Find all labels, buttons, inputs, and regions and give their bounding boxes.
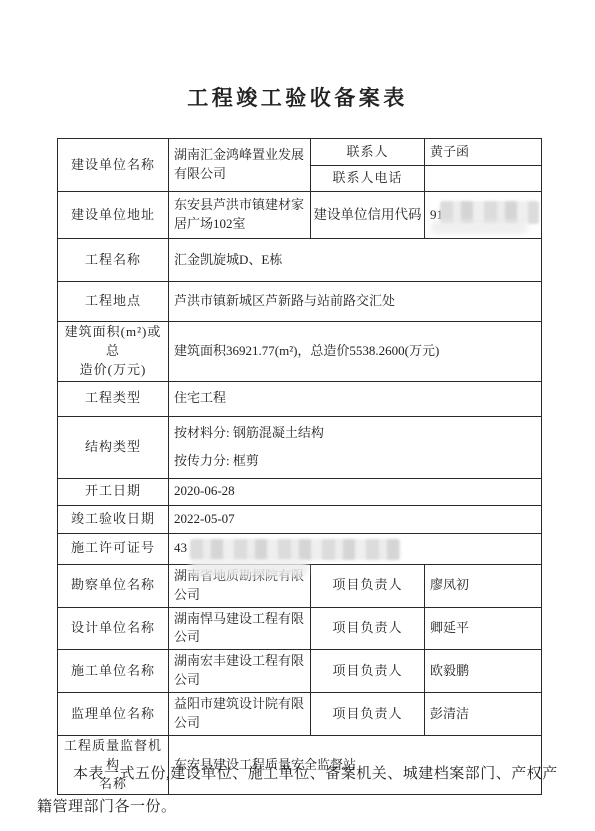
table-row-completion-date: 竣工验收日期 2022-05-07 (58, 505, 542, 533)
value-structure-type: 按材料分: 钢筋混凝土结构 按传力分: 框剪 (169, 416, 542, 478)
table-row-contractor-unit: 施工单位名称 湖南宏丰建设工程有限公司 项目负责人 欧毅鹏 (58, 650, 542, 693)
redaction-blur-tail (431, 221, 528, 234)
label-project-type: 工程类型 (58, 381, 169, 416)
value-supervision-unit: 益阳市建筑设计院有限公司 (169, 693, 311, 736)
table-row-design-unit: 设计单位名称 湖南悍马建设工程有限公司 项目负责人 卿延平 (58, 607, 542, 650)
table-row-start-date: 开工日期 2020-06-28 (58, 478, 542, 505)
value-completion-date: 2022-05-07 (169, 505, 542, 533)
label-area-cost-line1: 建筑面积(m²)或总 (60, 323, 166, 361)
label-survey-manager: 项目负责人 (311, 564, 425, 607)
label-supervision-manager: 项目负责人 (311, 693, 425, 736)
value-supervision-manager: 彭清洁 (425, 693, 542, 736)
value-project-name: 汇金凯旋城D、E栋 (169, 239, 542, 282)
structure-by-material: 按材料分: 钢筋混凝土结构 (174, 424, 536, 443)
table-row-project-type: 工程类型 住宅工程 (58, 381, 542, 416)
label-permit-no: 施工许可证号 (58, 533, 169, 564)
value-area-cost: 建筑面积36921.77(m²)，总造价5538.2600(万元) (169, 322, 542, 382)
value-construction-unit-address: 东安县芦洪市镇建材家居广场102室 (169, 192, 311, 239)
label-contractor-manager: 项目负责人 (311, 650, 425, 693)
label-contractor-unit: 施工单位名称 (58, 650, 169, 693)
label-survey-unit: 勘察单位名称 (58, 564, 169, 607)
label-construction-unit-address: 建设单位地址 (58, 192, 169, 239)
label-construction-unit-name: 建设单位名称 (58, 139, 169, 192)
value-project-location: 芦洪市镇新城区芦新路与站前路交汇处 (169, 282, 542, 322)
label-area-cost: 建筑面积(m²)或总 造价(万元) (58, 322, 169, 382)
label-contact-person: 联系人 (311, 139, 425, 166)
table-row-project-name: 工程名称 汇金凯旋城D、E栋 (58, 239, 542, 282)
value-contact-phone (425, 166, 542, 192)
label-project-location: 工程地点 (58, 282, 169, 322)
label-completion-date: 竣工验收日期 (58, 505, 169, 533)
footer-note: 本表一式五份,建设单位、施工单位、备案机关、城建档案部门、产权产籍管理部门各一份… (37, 758, 567, 824)
page-title: 工程竣工验收备案表 (0, 82, 595, 112)
table-row-permit-no: 施工许可证号 43 (58, 533, 542, 564)
value-permit-no: 43 (169, 533, 542, 564)
label-contact-phone: 联系人电话 (311, 166, 425, 192)
table-row-construction-unit: 建设单位名称 湖南汇金鸿峰置业发展有限公司 联系人 黄子函 (58, 139, 542, 166)
label-start-date: 开工日期 (58, 478, 169, 505)
table-row-structure-type: 结构类型 按材料分: 钢筋混凝土结构 按传力分: 框剪 (58, 416, 542, 478)
value-construction-unit-name: 湖南汇金鸿峰置业发展有限公司 (169, 139, 311, 192)
value-contractor-unit: 湖南宏丰建设工程有限公司 (169, 650, 311, 693)
label-design-manager: 项目负责人 (311, 607, 425, 650)
value-contact-person: 黄子函 (425, 139, 542, 166)
redaction-blur-tail (190, 560, 308, 577)
document-page: 工程竣工验收备案表 建设单位名称 湖南汇金鸿峰置业发展有限公司 联系人 黄子函 … (0, 0, 595, 831)
table-row-address: 建设单位地址 东安县芦洪市镇建材家居广场102室 建设单位信用代码 91 (58, 192, 542, 239)
filing-form-table: 建设单位名称 湖南汇金鸿峰置业发展有限公司 联系人 黄子函 联系人电话 建设单位… (57, 138, 542, 795)
redaction-blur (190, 539, 401, 560)
value-survey-manager: 廖凤初 (425, 564, 542, 607)
value-credit-code: 91 (425, 192, 542, 239)
label-design-unit: 设计单位名称 (58, 607, 169, 650)
table-row-area-cost: 建筑面积(m²)或总 造价(万元) 建筑面积36921.77(m²)，总造价55… (58, 322, 542, 382)
permit-no-prefix: 43 (174, 540, 187, 555)
table-row-location: 工程地点 芦洪市镇新城区芦新路与站前路交汇处 (58, 282, 542, 322)
structure-by-force: 按传力分: 框剪 (174, 452, 536, 471)
value-contractor-manager: 欧毅鹏 (425, 650, 542, 693)
label-area-cost-line2: 造价(万元) (60, 361, 166, 380)
value-project-type: 住宅工程 (169, 381, 542, 416)
value-design-unit: 湖南悍马建设工程有限公司 (169, 607, 311, 650)
label-credit-code: 建设单位信用代码 (311, 192, 425, 239)
label-supervision-unit: 监理单位名称 (58, 693, 169, 736)
value-start-date: 2020-06-28 (169, 478, 542, 505)
label-project-name: 工程名称 (58, 239, 169, 282)
value-design-manager: 卿延平 (425, 607, 542, 650)
label-structure-type: 结构类型 (58, 416, 169, 478)
table-row-supervision-unit: 监理单位名称 益阳市建筑设计院有限公司 项目负责人 彭清洁 (58, 693, 542, 736)
